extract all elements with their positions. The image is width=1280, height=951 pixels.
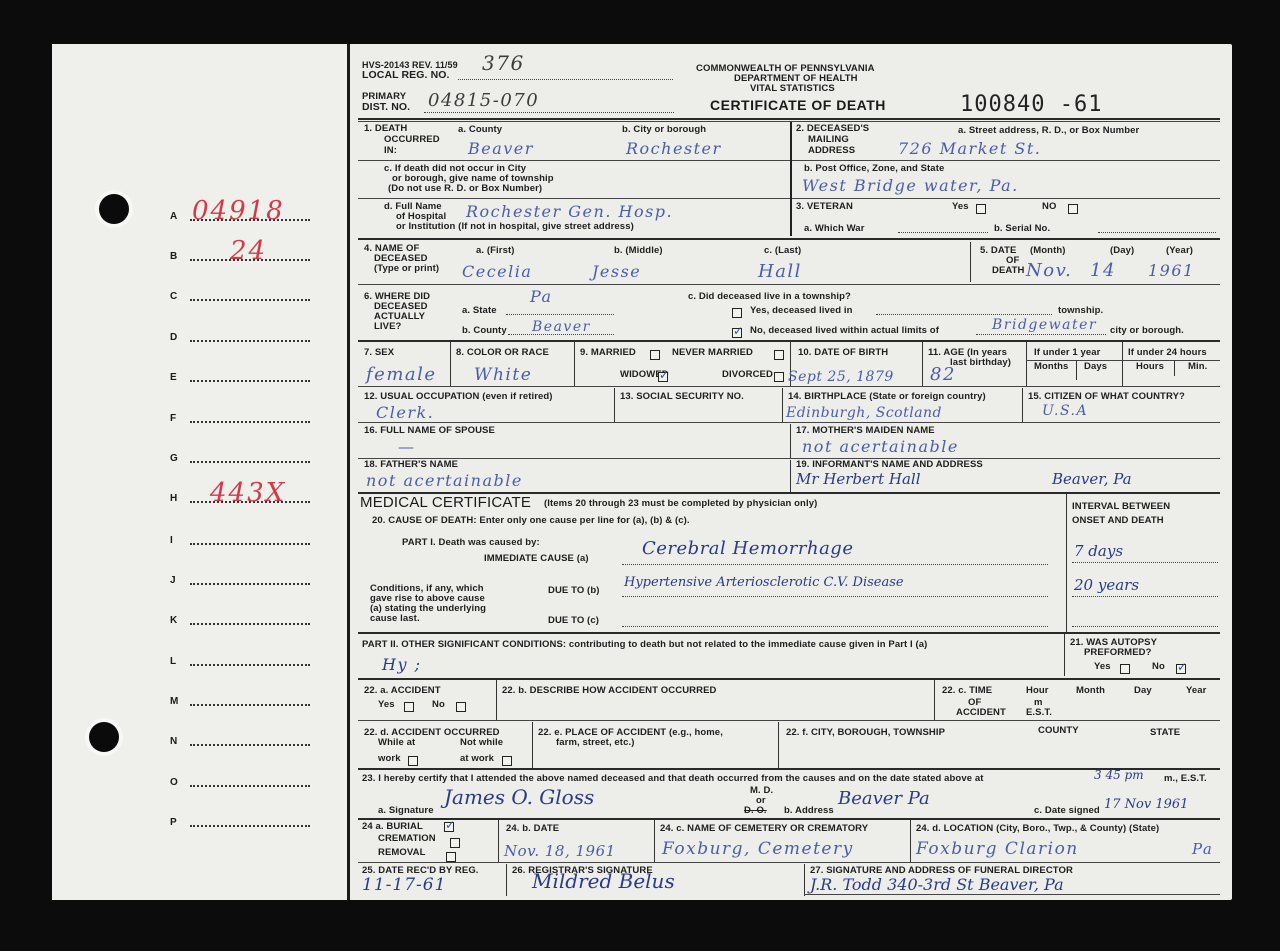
- not-at-work-checkbox[interactable]: [502, 756, 512, 766]
- cemetery-name: Foxburg, Cemetery: [662, 840, 854, 858]
- stub-row-p: P: [170, 810, 310, 830]
- occupation-value: Clerk.: [376, 404, 434, 422]
- death-month: Nov.: [1026, 262, 1072, 280]
- registrar-signature: Mildred Belus: [532, 872, 675, 890]
- mother-maiden-name: not acertainable: [802, 438, 959, 456]
- punch-hole-bottom: [89, 722, 119, 752]
- death-city: Rochester: [626, 140, 722, 158]
- local-reg-label: LOCAL REG. NO.: [362, 70, 450, 81]
- death-year: 1961: [1148, 262, 1195, 280]
- date-received: 11-17-61: [362, 876, 446, 894]
- stub-value-b: 24: [230, 238, 267, 264]
- funeral-director: J.R. Todd 340-3rd St Beaver, Pa: [810, 876, 1064, 894]
- autopsy-no-checkbox[interactable]: [1176, 664, 1186, 674]
- removal-checkbox[interactable]: [446, 852, 456, 862]
- stub-divider: [347, 44, 350, 900]
- death-day: 14: [1090, 262, 1116, 280]
- stub-row-h: H443X: [170, 486, 310, 506]
- immediate-cause: Cerebral Hemorrhage: [642, 540, 853, 558]
- stub-row-b: B24: [170, 244, 310, 264]
- informant-address: Beaver, Pa: [1052, 470, 1132, 488]
- veteran-yes-checkbox[interactable]: [976, 204, 986, 214]
- stub-row-f: F: [170, 406, 310, 426]
- issuer-line-3: VITAL STATISTICS: [750, 84, 835, 95]
- veteran-no-checkbox[interactable]: [1068, 204, 1078, 214]
- stub-row-e: E: [170, 365, 310, 385]
- immediate-interval: 7 days: [1074, 542, 1123, 560]
- burial-checkbox[interactable]: [444, 822, 454, 832]
- never-married-checkbox[interactable]: [774, 350, 784, 360]
- widowed-checkbox[interactable]: [658, 372, 668, 382]
- punch-hole-top: [99, 194, 129, 224]
- dist-value: 04815-070: [428, 92, 539, 110]
- residence-county: Beaver: [532, 318, 591, 336]
- autopsy-yes-checkbox[interactable]: [1120, 664, 1130, 674]
- accident-no-checkbox[interactable]: [456, 702, 466, 712]
- stub-row-n: N: [170, 729, 310, 749]
- stub-row-o: O: [170, 770, 310, 790]
- divorced-checkbox[interactable]: [774, 372, 784, 382]
- stub-row-d: D: [170, 325, 310, 345]
- accident-yes-checkbox[interactable]: [404, 702, 414, 712]
- stub-row-l: L: [170, 649, 310, 669]
- age-value: 82: [930, 366, 956, 384]
- stub-row-g: G: [170, 446, 310, 466]
- death-time: 3 45 pm: [1094, 766, 1144, 784]
- certificate-number: 100840 -61: [960, 92, 1102, 117]
- last-name: Hall: [758, 263, 802, 281]
- stub-value-a: 04918: [192, 198, 285, 224]
- birth-date: Sept 25, 1879: [788, 368, 894, 386]
- hospital-name: Rochester Gen. Hosp.: [466, 203, 673, 221]
- township-no-checkbox[interactable]: [732, 328, 742, 338]
- middle-name: Jesse: [592, 263, 641, 281]
- physician-address: Beaver Pa: [838, 790, 930, 808]
- mailing-po: West Bridge water, Pa.: [802, 177, 1019, 195]
- citizenship-value: U.S.A: [1042, 402, 1088, 420]
- township-yes-checkbox[interactable]: [732, 308, 742, 318]
- physician-signature: James O. Gloss: [444, 788, 594, 806]
- first-name: Cecelia: [462, 263, 532, 281]
- due-b-interval: 20 years: [1074, 576, 1139, 594]
- residence-state: Pa: [530, 288, 553, 306]
- married-checkbox[interactable]: [650, 350, 660, 360]
- date-signed: 17 Nov 1961: [1104, 796, 1188, 814]
- index-stub: A04918 B24 C D E F G H443X I J K L M N O…: [52, 44, 348, 900]
- burial-date: Nov. 18, 1961: [504, 842, 616, 860]
- local-reg-value: 376: [482, 54, 525, 72]
- sex-value: female: [366, 366, 437, 384]
- medical-certificate-title: MEDICAL CERTIFICATE: [360, 494, 531, 511]
- race-value: White: [474, 366, 532, 384]
- stub-row-k: K: [170, 608, 310, 628]
- stub-row-m: M: [170, 689, 310, 709]
- father-name: not acertainable: [366, 472, 523, 490]
- dist-label: DIST. NO.: [362, 102, 410, 113]
- document-title: CERTIFICATE OF DEATH: [710, 97, 886, 113]
- death-certificate: A04918 B24 C D E F G H443X I J K L M N O…: [52, 44, 1232, 900]
- stub-row-i: I: [170, 528, 310, 548]
- mailing-street: 726 Market St.: [898, 140, 1041, 158]
- while-at-work-checkbox[interactable]: [408, 756, 418, 766]
- certificate-form: HVS-20143 REV. 11/59 LOCAL REG. NO. 376 …: [358, 56, 1222, 896]
- stub-row-c: C: [170, 284, 310, 304]
- cremation-checkbox[interactable]: [450, 838, 460, 848]
- stub-row-a: A04918: [170, 204, 310, 224]
- other-conditions: Hy ;: [382, 656, 421, 674]
- birthplace-value: Edinburgh, Scotland: [786, 404, 942, 422]
- informant-name: Mr Herbert Hall: [796, 470, 921, 488]
- burial-state: Pa: [1192, 840, 1213, 858]
- death-county: Beaver: [468, 140, 534, 158]
- spouse-value: —: [398, 438, 416, 456]
- residence-city: Bridgewater: [992, 316, 1097, 334]
- stub-row-j: J: [170, 568, 310, 588]
- due-to-b: Hypertensive Arteriosclerotic C.V. Disea…: [624, 574, 904, 592]
- burial-location: Foxburg Clarion: [916, 840, 1079, 858]
- stub-value-h: 443X: [210, 480, 286, 506]
